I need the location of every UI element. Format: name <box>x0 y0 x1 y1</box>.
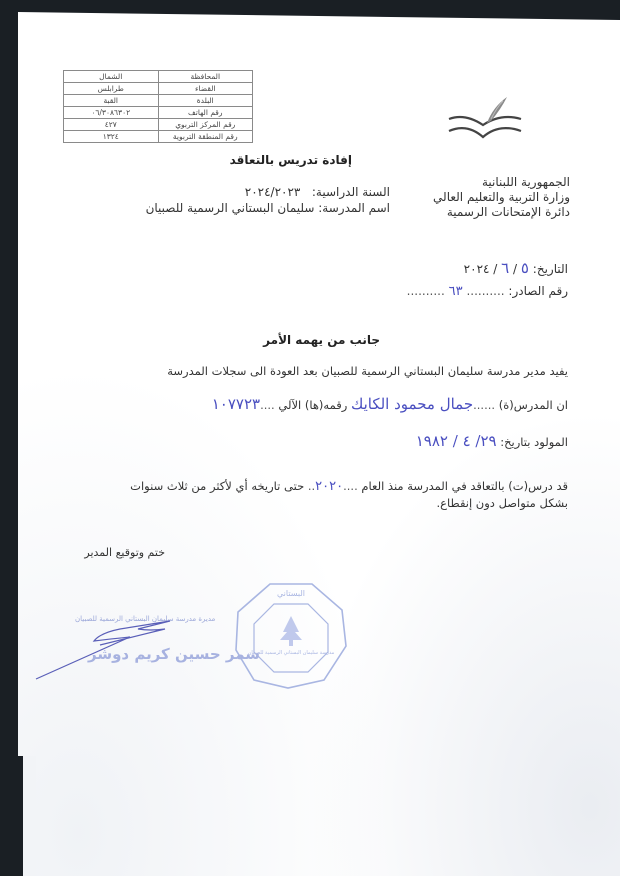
row-value: طرابلس <box>64 83 159 95</box>
date-year: ٢٠٢٤ <box>464 262 490 276</box>
school-value: سليمان البستاني الرسمية للصبيان <box>146 201 315 215</box>
teacher-line: ان المدرس(ة) ......جمال محمود الكايك رقم… <box>212 395 568 413</box>
table-row: رقم المركز التربوي ٤٢٧ <box>64 119 253 131</box>
table-row: رقم الهاتف ٠٦/٣٠٨٦٣٠٢ <box>64 107 253 119</box>
official-stamp-icon: مدرسة سليمان البستاني الرسمية للصبيان ال… <box>232 580 350 692</box>
issue-date: التاريخ: ٥ / ٦ / ٢٠٢٤ <box>464 259 568 277</box>
teaching-statement: قد درس(ت) بالتعاقد في المدرسة منذ العام … <box>128 478 568 512</box>
number-label: رقمه(ها) الآلي <box>278 398 347 412</box>
svg-text:البستاني: البستاني <box>277 589 305 598</box>
ref-value: ٦٣ <box>449 284 463 299</box>
academic-year: السنة الدراسية: ٢٠٢٤/٢٠٢٣ <box>245 185 390 199</box>
row-value: ١٣٢٤ <box>64 131 159 143</box>
start-year: ٢٠٢٠ <box>315 479 343 494</box>
teacher-name: جمال محمود الكايك <box>351 395 473 413</box>
ministry-name: وزارة التربية والتعليم العالي <box>433 190 570 205</box>
table-row: القضاء طرابلس <box>64 83 253 95</box>
teacher-number: ١٠٧٧٢٣ <box>212 395 260 413</box>
ref-label: رقم الصادر: <box>508 284 568 298</box>
year-label: السنة الدراسية: <box>312 185 390 199</box>
table-row: رقم المنطقة التربوية ١٣٢٤ <box>64 131 253 143</box>
date-of-birth: المولود بتاريخ: ٢٩/ ٤ / ١٩٨٢ <box>416 432 568 450</box>
signature-label: ختم وتوقيع المدير <box>84 546 165 559</box>
open-book-quill-logo-icon <box>445 95 525 145</box>
year-value: ٢٠٢٤/٢٠٢٣ <box>245 185 301 199</box>
dob-value: ٢٩/ ٤ / ١٩٨٢ <box>416 432 497 450</box>
row-value: القبة <box>64 95 159 107</box>
row-label: القضاء <box>158 83 253 95</box>
republic-name: الجمهورية اللبنانية <box>433 175 570 190</box>
department-name: دائرة الإمتحانات الرسمية <box>433 205 570 220</box>
salutation: جانب من يهمه الأمر <box>263 333 380 347</box>
date-label: التاريخ: <box>533 262 568 276</box>
row-label: رقم المركز التربوي <box>158 119 253 131</box>
intro-paragraph: يفيد مدير مدرسة سليمان البستاني الرسمية … <box>167 364 568 378</box>
school-name: اسم المدرسة: سليمان البستاني الرسمية للص… <box>146 201 390 215</box>
row-value: الشمال <box>64 71 159 83</box>
school-label: اسم المدرسة: <box>318 201 390 215</box>
scan-edge <box>18 756 36 876</box>
dob-label: المولود بتاريخ: <box>500 435 568 449</box>
row-label: رقم المنطقة التربوية <box>158 131 253 143</box>
row-value: ٤٢٧ <box>64 119 159 131</box>
teacher-prefix: ان المدرس(ة) <box>499 398 568 412</box>
row-label: رقم الهاتف <box>158 107 253 119</box>
handwritten-signature-icon <box>30 605 230 685</box>
svg-text:مدرسة سليمان البستاني الرسمية: مدرسة سليمان البستاني الرسمية للصبيان <box>248 650 335 656</box>
table-row: المحافظة الشمال <box>64 71 253 83</box>
row-label: البلدة <box>158 95 253 107</box>
row-label: المحافظة <box>158 71 253 83</box>
issuing-authority: الجمهورية اللبنانية وزارة التربية والتعل… <box>433 175 570 220</box>
row-value: ٠٦/٣٠٨٦٣٠٢ <box>64 107 159 119</box>
school-info-table: المحافظة الشمال القضاء طرابلس البلدة الق… <box>63 70 253 143</box>
document-title: إفادة تدريس بالتعاقد <box>230 153 352 167</box>
table-row: البلدة القبة <box>64 95 253 107</box>
reference-number: رقم الصادر: .......... ٦٣ .......... <box>407 284 568 299</box>
date-day: ٥ <box>521 259 529 277</box>
date-month: ٦ <box>501 259 509 277</box>
